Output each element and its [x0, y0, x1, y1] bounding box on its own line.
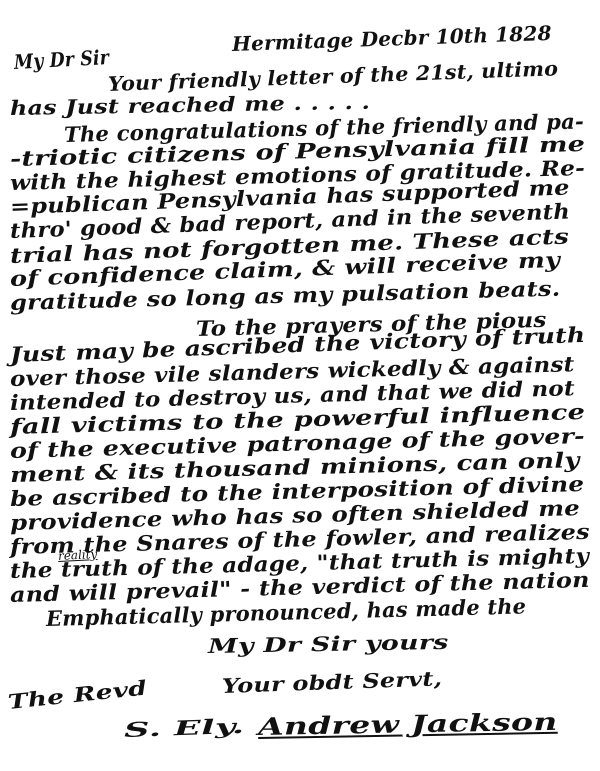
place-date-heading: Hermitage Decbr 10th 1828 [232, 21, 552, 56]
addressee-name: S. Ely. [124, 714, 245, 742]
addressee-title: The Revd [7, 675, 148, 713]
salutation: My Dr Sir [13, 45, 109, 74]
closing-line-2: Your obdt Servt, [222, 666, 443, 698]
letter-page: Hermitage Decbr 10th 1828 My Dr Sir Your… [0, 0, 600, 771]
signature: Andrew Jackson [258, 707, 558, 741]
closing-line-1: My Dr Sir yours [208, 630, 449, 658]
